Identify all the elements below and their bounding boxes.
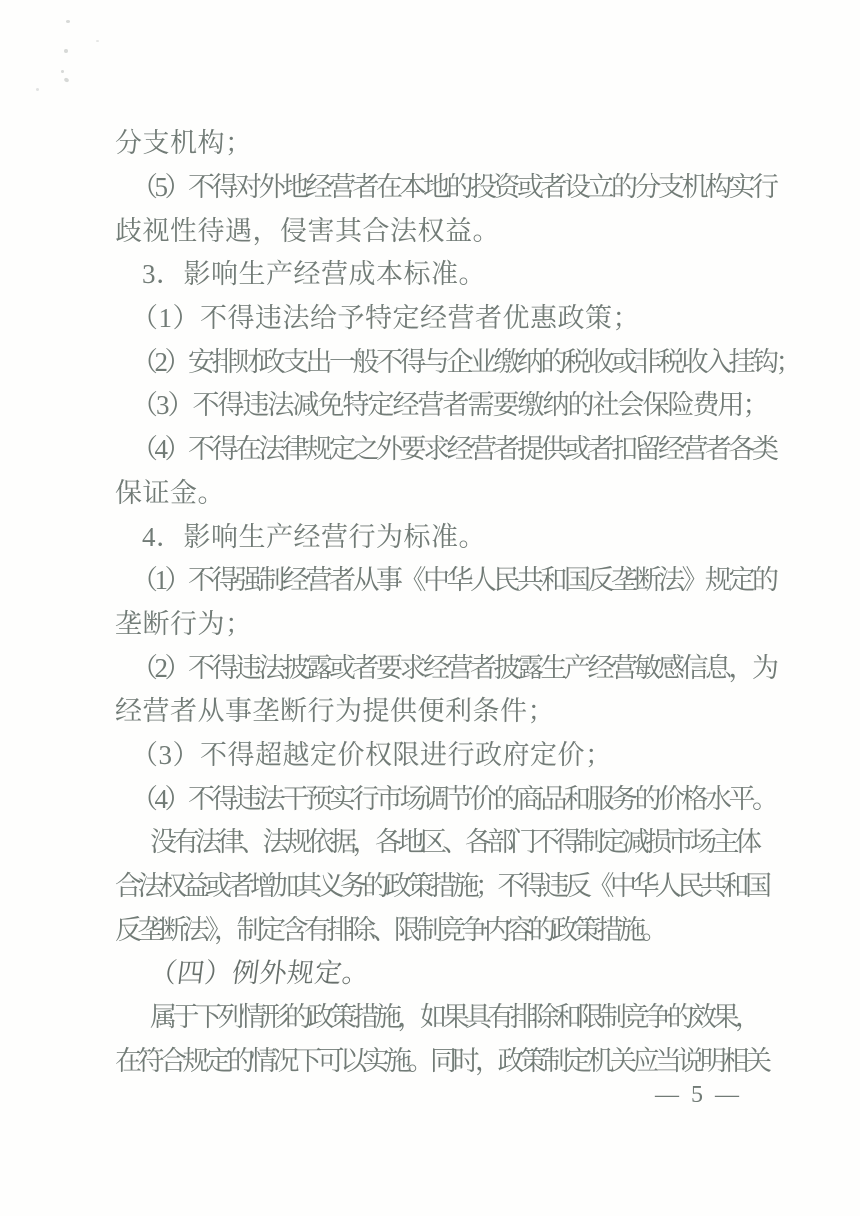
scan-artifact	[66, 20, 70, 23]
text-line: 分支机构；	[115, 119, 775, 163]
document-body: 分支机构； （5）不得对外地经营者在本地的投资或者设立的分支机构实行 歧视性待遇…	[115, 119, 775, 1080]
scan-artifact	[36, 88, 39, 91]
text-line: （1）不得强制经营者从事《中华人民共和国反垄断法》规定的	[115, 556, 775, 600]
text-line: 没有法律、法规依据，各地区、各部门不得制定减损市场主体	[115, 818, 775, 862]
document-page: 分支机构； （5）不得对外地经营者在本地的投资或者设立的分支机构实行 歧视性待遇…	[0, 0, 860, 1216]
scan-artifact	[63, 77, 69, 83]
text-line: （4）不得违法干预实行市场调节价的商品和服务的价格水平。	[115, 774, 775, 818]
text-line: （3）不得违法减免特定经营者需要缴纳的社会保险费用；	[115, 381, 775, 425]
text-line: 歧视性待遇，侵害其合法权益。	[115, 206, 775, 250]
text-line: 属于下列情形的政策措施，如果具有排除和限制竞争的效果，	[115, 993, 775, 1037]
text-line: 3．影响生产经营成本标准。	[115, 250, 775, 294]
scan-artifact	[96, 40, 99, 42]
text-line: 合法权益或者增加其义务的政策措施；不得违反《中华人民共和国	[115, 862, 775, 906]
text-line: （3）不得超越定价权限进行政府定价；	[115, 731, 775, 775]
text-line: （2）安排财政支出一般不得与企业缴纳的税收或非税收入挂钩；	[115, 337, 775, 381]
text-line: 经营者从事垄断行为提供便利条件；	[115, 687, 775, 731]
text-line: 在符合规定的情况下可以实施。同时，政策制定机关应当说明相关	[115, 1036, 775, 1080]
text-line: 保证金。	[115, 469, 775, 513]
text-line: （1）不得违法给予特定经营者优惠政策；	[115, 294, 775, 338]
scan-artifact	[61, 70, 64, 73]
text-line: 反垄断法》，制定含有排除、限制竞争内容的政策措施。	[115, 905, 775, 949]
text-line: 4．影响生产经营行为标准。	[115, 512, 775, 556]
text-line: （4）不得在法律规定之外要求经营者提供或者扣留经营者各类	[115, 425, 775, 469]
text-line: （5）不得对外地经营者在本地的投资或者设立的分支机构实行	[115, 163, 775, 207]
page-number: — 5 —	[655, 1082, 742, 1109]
text-line: 垄断行为；	[115, 600, 775, 644]
scan-artifact	[64, 49, 68, 53]
section-heading-line: （四）例外规定。	[112, 949, 777, 993]
text-line: （2）不得违法披露或者要求经营者披露生产经营敏感信息，为	[115, 643, 775, 687]
